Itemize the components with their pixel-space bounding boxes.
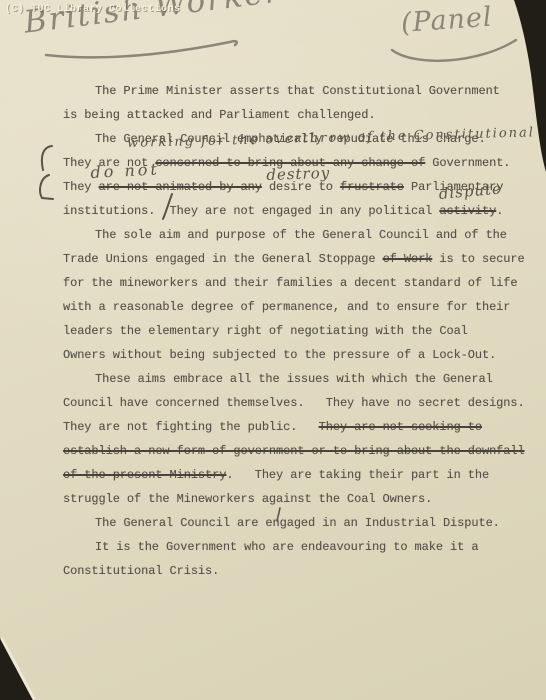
typed-line: Owners without being subjected to the pr… xyxy=(63,343,523,367)
struck-text-segment: activity xyxy=(439,204,496,218)
typed-text-segment: Trade Unions engaged in the General Stop… xyxy=(63,252,383,266)
pencil-bracket-line4 xyxy=(42,146,52,170)
library-watermark: (C) TUC Library Collections xyxy=(5,4,181,15)
struck-text-segment: of Work xyxy=(383,252,433,266)
struck-text-segment: They are not seeking to xyxy=(319,420,482,434)
typed-text-segment: They are not fighting the public. xyxy=(63,420,319,434)
typed-line: The sole aim and purpose of the General … xyxy=(63,223,523,247)
typed-line: These aims embrace all the issues with w… xyxy=(63,367,523,391)
struck-text-segment: establish a new form of government or to… xyxy=(63,444,525,458)
typed-text-segment: struggle of the Mineworkers against the … xyxy=(63,492,432,506)
typed-line: It is the Government who are endeavourin… xyxy=(63,535,523,559)
typed-line: leaders the elementary right of negotiat… xyxy=(63,319,523,343)
pencil-bracket-line5 xyxy=(40,175,53,199)
typewritten-text-block: The Prime Minister asserts that Constitu… xyxy=(63,79,523,583)
pencil-insertion-destroy: destroy xyxy=(266,164,330,184)
typed-text-segment: Council have concerned themselves. They … xyxy=(63,396,525,410)
typed-line: with a reasonable degree of permanence, … xyxy=(63,295,523,319)
struck-text-segment: frustrate xyxy=(340,180,404,194)
typed-text-segment: These aims embrace all the issues with w… xyxy=(95,372,493,386)
typed-text-segment: Constitutional Crisis. xyxy=(63,564,219,578)
paper-edge-highlight xyxy=(2,639,34,699)
struck-text-segment: are not animated by any xyxy=(99,180,262,194)
typed-text-segment: is to secure xyxy=(432,252,524,266)
typed-text-segment: The Prime Minister asserts that Constitu… xyxy=(95,84,500,98)
typed-line: The General Council are engaged in an In… xyxy=(63,511,523,535)
typed-line: establish a new form of government or to… xyxy=(63,439,523,463)
typed-line: They are not fighting the public. They a… xyxy=(63,415,523,439)
typed-text-segment: with a reasonable degree of permanence, … xyxy=(63,300,510,314)
typed-text-segment: The sole aim and purpose of the General … xyxy=(95,228,507,242)
typed-text-segment: leaders the elementary right of negotiat… xyxy=(63,324,468,338)
typed-text-segment: is being attacked and Parliament challen… xyxy=(63,108,375,122)
typed-line: Trade Unions engaged in the General Stop… xyxy=(63,247,523,271)
typed-line: Constitutional Crisis. xyxy=(63,559,523,583)
typed-line: struggle of the Mineworkers against the … xyxy=(63,487,523,511)
typed-text-segment: It is the Government who are endeavourin… xyxy=(95,540,478,554)
typed-line: The Prime Minister asserts that Constitu… xyxy=(63,79,523,103)
typed-line: for the mineworkers and their families a… xyxy=(63,271,523,295)
struck-text-segment: of the present Ministry xyxy=(63,468,226,482)
typed-text-segment: institutions. They are not engaged in an… xyxy=(63,204,439,218)
pencil-underline-panel xyxy=(392,40,516,61)
torn-corner-bottom-left xyxy=(0,638,35,700)
typed-line: is being attacked and Parliament challen… xyxy=(63,103,523,127)
typed-text-segment: They xyxy=(63,180,99,194)
typed-text-segment: The General Council are engaged in an In… xyxy=(95,516,500,530)
typed-text-segment: for the mineworkers and their families a… xyxy=(63,276,517,290)
pencil-note-panel: (Panel xyxy=(400,2,494,39)
typed-line: institutions. They are not engaged in an… xyxy=(63,199,523,223)
typed-line: Council have concerned themselves. They … xyxy=(63,391,523,415)
typed-text-segment: . They are taking their part in the xyxy=(226,468,489,482)
typed-line: of the present Ministry. They are taking… xyxy=(63,463,523,487)
typed-text-segment: Government. xyxy=(425,156,510,170)
scanned-document-page: (C) TUC Library Collections British Work… xyxy=(0,0,546,700)
typed-text-segment: . xyxy=(496,204,503,218)
pencil-underline-british-worker xyxy=(46,41,237,57)
pencil-insertion-do-not: do not xyxy=(90,159,160,182)
typed-text-segment: Owners without being subjected to the pr… xyxy=(63,348,496,362)
